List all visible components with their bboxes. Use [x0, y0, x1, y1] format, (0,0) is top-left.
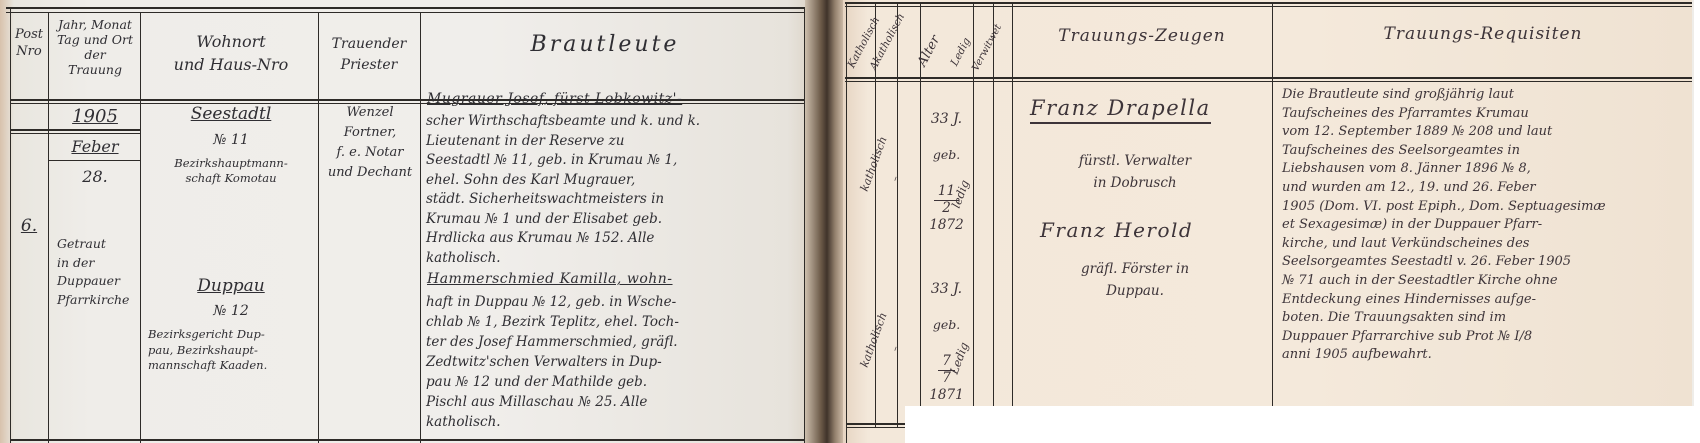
- grid-line: [10, 7, 11, 443]
- entry-month-value: Feber: [71, 137, 118, 156]
- bride-residence-authority: Bezirksgericht Dup- pau, Bezirkshaupt- m…: [148, 327, 316, 374]
- column-header-priest: Trauender Priester: [320, 34, 418, 76]
- bride-residence-place-value: Duppau: [197, 276, 264, 296]
- page-binding-shadow: [805, 0, 845, 443]
- grid-line: [897, 2, 898, 428]
- witness-2-name: Franz Herold: [1040, 218, 1193, 244]
- bride-birth-year: 1871: [920, 386, 973, 404]
- column-header-requisites: Trauungs-Requisiten: [1276, 24, 1690, 44]
- witness-1-name: Franz Drapella: [1030, 96, 1211, 124]
- groom-age-block: 33 J. geb. 112 1872: [920, 92, 973, 253]
- entry-year-value: 1905: [72, 106, 118, 127]
- grid-line: [993, 2, 994, 428]
- column-header-couple: Brautleute: [440, 32, 770, 57]
- grid-line: [48, 160, 140, 161]
- groom-born-label: geb.: [920, 147, 973, 164]
- entry-year: 1905: [50, 106, 140, 127]
- grid-line: [6, 7, 806, 9]
- groom-residence-house: № 11: [145, 132, 317, 148]
- groom-residence-place: Seestadtl: [145, 104, 317, 124]
- grid-line: [10, 133, 140, 134]
- grid-line: [318, 12, 319, 443]
- bride-birth-month: 7: [942, 371, 951, 386]
- requisites-paragraph: Die Brautleute sind großjährig laut Tauf…: [1282, 86, 1686, 365]
- entry-priest: Wenzel Fortner, f. e. Notar und Dechant: [322, 103, 418, 183]
- bride-paragraph-heading: Hammerschmied Kamilla, wohn-: [427, 271, 673, 287]
- entry-place-note: Getraut in der Duppauer Pfarrkirche: [57, 235, 141, 309]
- groom-paragraph-heading: Mugrauer Josef, fürst Lobkowitz'-: [427, 91, 682, 107]
- entry-post-number-value: 6.: [21, 216, 37, 236]
- scan-cutoff-white: [905, 406, 1700, 443]
- groom-paragraph: scher Wirthschaftsbeamte und k. und k. L…: [426, 112, 800, 268]
- groom-residence-place-value: Seestadtl: [191, 104, 272, 124]
- groom-birth-year: 1872: [920, 216, 973, 234]
- witness-1-signature: Franz Drapella: [1030, 96, 1211, 120]
- entry-day: 28.: [50, 167, 140, 186]
- bride-residence-place: Duppau: [145, 276, 317, 296]
- grid-line: [48, 12, 49, 443]
- grid-line: [10, 99, 805, 101]
- register-scan: Post Nro Jahr, Monat Tag und Ort der Tra…: [0, 0, 1700, 443]
- grid-line: [140, 12, 141, 443]
- grid-line: [10, 439, 805, 441]
- witness-1-role: fürstl. Verwalter in Dobrusch: [1040, 150, 1230, 194]
- bride-paragraph: haft in Duppau № 12, geb. in Wsche- chla…: [426, 292, 800, 432]
- grid-line: [1012, 2, 1013, 443]
- groom-name: Mugrauer Josef, fürst Lobkowitz'-: [427, 91, 682, 107]
- bride-residence-house: № 12: [145, 303, 317, 319]
- grid-line: [420, 12, 421, 443]
- scan-cutoff-white: [1694, 0, 1700, 443]
- grid-line: [6, 12, 806, 13]
- witness-2-role: gräfl. Förster in Duppau.: [1040, 258, 1230, 302]
- bride-born-label: geb.: [920, 317, 973, 334]
- bride-name: Hammerschmied Kamilla, wohn-: [427, 271, 673, 287]
- column-header-witnesses: Trauungs-Zeugen: [1014, 26, 1270, 46]
- witness-2-signature: Franz Herold: [1040, 218, 1193, 242]
- groom-age: 33 J.: [920, 110, 973, 129]
- entry-post-number: 6.: [14, 216, 44, 236]
- column-header-post-nro: Post Nro: [10, 26, 48, 60]
- column-header-date: Jahr, Monat Tag und Ort der Trauung: [50, 17, 140, 77]
- column-header-residence: Wohnort und Haus-Nro: [145, 30, 317, 76]
- grid-line: [846, 2, 847, 443]
- groom-residence-authority: Bezirkshauptmann- schaft Komotau: [147, 156, 315, 186]
- entry-month: Feber: [50, 137, 140, 156]
- bride-age: 33 J.: [920, 280, 973, 299]
- grid-line: [1272, 2, 1273, 443]
- grid-line: [10, 129, 140, 131]
